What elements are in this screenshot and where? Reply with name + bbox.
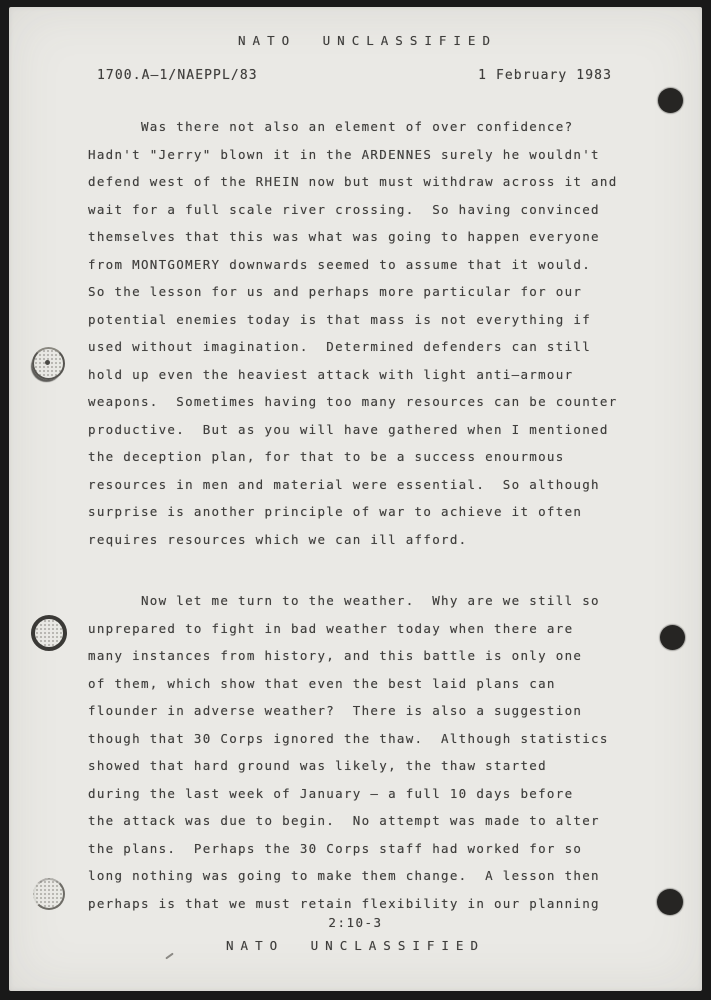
scanned-page-background: NATO UNCLASSIFIED 1700.A—1/NAEPPL/83 1 F… xyxy=(0,0,711,1000)
text-line: resources in men and material were essen… xyxy=(88,471,644,499)
text-line: showed that hard ground was likely, the … xyxy=(88,752,644,780)
classification-header: NATO UNCLASSIFIED xyxy=(21,33,711,48)
text-line: though that 30 Corps ignored the thaw. A… xyxy=(88,725,644,753)
text-line: perhaps is that we must retain flexibili… xyxy=(88,890,644,918)
text-line: long nothing was going to make them chan… xyxy=(88,862,644,890)
registration-dot-icon xyxy=(657,889,683,915)
text-line: defend west of the RHEIN now but must wi… xyxy=(88,168,644,196)
registration-dot-icon xyxy=(658,88,683,113)
text-line: wait for a full scale river crossing. So… xyxy=(88,196,644,224)
reference-row: 1700.A—1/NAEPPL/83 1 February 1983 xyxy=(97,68,612,83)
text-line: Now let me turn to the weather. Why are … xyxy=(88,587,644,615)
hole-punch-icon xyxy=(32,347,65,380)
text-line: used without imagination. Determined def… xyxy=(88,333,644,361)
text-line: themselves that this was what was going … xyxy=(88,223,644,251)
text-line: Was there not also an element of over co… xyxy=(88,113,644,141)
text-line: surprise is another principle of war to … xyxy=(88,498,644,526)
text-line: requires resources which we can ill affo… xyxy=(88,526,644,554)
document-date: 1 February 1983 xyxy=(478,68,612,83)
document-body: Was there not also an element of over co… xyxy=(88,113,644,917)
text-line: the attack was due to begin. No attempt … xyxy=(88,807,644,835)
text-line: the plans. Perhaps the 30 Corps staff ha… xyxy=(88,835,644,863)
registration-dot-icon xyxy=(660,625,685,650)
text-line: flounder in adverse weather? There is al… xyxy=(88,697,644,725)
text-line: Hadn't "Jerry" blown it in the ARDENNES … xyxy=(88,141,644,169)
text-line: weapons. Sometimes having too many resou… xyxy=(88,388,644,416)
paragraph-weather: Now let me turn to the weather. Why are … xyxy=(88,587,644,917)
text-line: of them, which show that even the best l… xyxy=(88,670,644,698)
page-number: 2:10-3 xyxy=(9,916,702,930)
text-line: from MONTGOMERY downwards seemed to assu… xyxy=(88,251,644,279)
text-line: So the lesson for us and perhaps more pa… xyxy=(88,278,644,306)
text-line: potential enemies today is that mass is … xyxy=(88,306,644,334)
text-line: during the last week of January — a full… xyxy=(88,780,644,808)
text-line: hold up even the heaviest attack with li… xyxy=(88,361,644,389)
paragraph-overconfidence: Was there not also an element of over co… xyxy=(88,113,644,553)
hole-punch-icon xyxy=(31,615,67,651)
document-page: NATO UNCLASSIFIED 1700.A—1/NAEPPL/83 1 F… xyxy=(9,7,702,991)
text-line: productive. But as you will have gathere… xyxy=(88,416,644,444)
reference-number: 1700.A—1/NAEPPL/83 xyxy=(97,68,258,83)
hole-punch-icon xyxy=(33,878,65,910)
text-line: many instances from history, and this ba… xyxy=(88,642,644,670)
text-line: unprepared to fight in bad weather today… xyxy=(88,615,644,643)
classification-footer: NATO UNCLASSIFIED xyxy=(9,938,702,953)
text-line: the deception plan, for that to be a suc… xyxy=(88,443,644,471)
pen-mark-icon xyxy=(165,953,174,960)
